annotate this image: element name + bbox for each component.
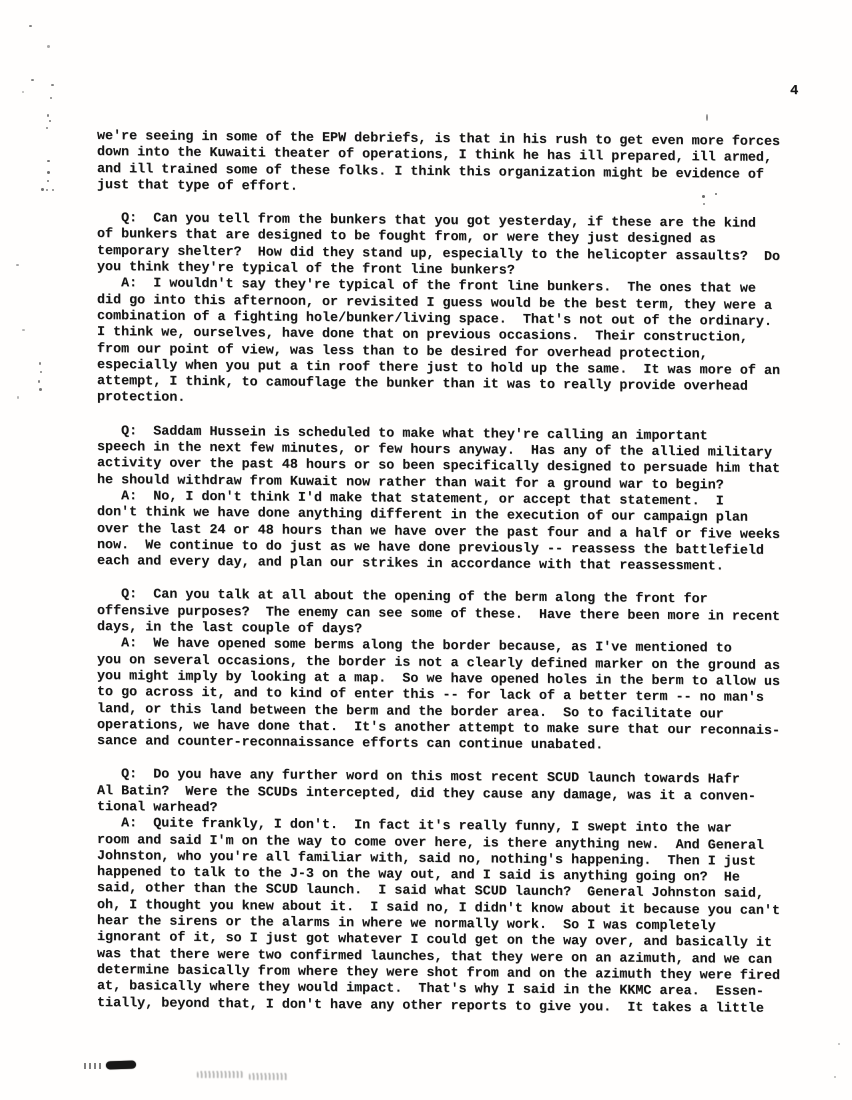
scan-speck	[39, 362, 41, 365]
scan-speck	[22, 329, 25, 331]
scan-speck	[47, 160, 50, 162]
scan-speck	[706, 114, 708, 121]
scan-speck	[46, 189, 48, 191]
faint-handwriting-mark	[249, 1073, 289, 1080]
scan-speck	[702, 195, 705, 198]
scan-speck	[51, 84, 54, 86]
scan-speck	[29, 25, 32, 27]
answer-paragraph-3: A: We have opened some berms along the b…	[97, 636, 822, 756]
scan-speck	[703, 203, 705, 205]
scan-speck	[38, 380, 40, 383]
scan-speck	[46, 127, 48, 129]
scan-speck	[838, 1043, 840, 1045]
document-page: 4 we're seeing in some of the EPW debrie…	[0, 0, 852, 1100]
scan-speck	[52, 189, 54, 191]
qa-group-bunkers: Q: Can you tell from the bunkers that yo…	[97, 211, 822, 413]
document-body: we're seeing in some of the EPW debriefs…	[97, 129, 822, 1035]
page-number: 4	[790, 83, 798, 99]
scan-speck	[22, 91, 24, 93]
question-paragraph-4: Q: Do you have any further word on this …	[97, 767, 822, 822]
answer-paragraph-2: A: No, I don't think I'd make that state…	[97, 489, 822, 577]
answer-paragraph-1: A: I wouldn't say they're typical of the…	[97, 276, 822, 413]
scan-smudge-small	[84, 1063, 104, 1069]
scan-speck	[31, 79, 34, 81]
question-paragraph-3: Q: Can you talk at all about the opening…	[97, 587, 822, 642]
scan-speck	[17, 396, 19, 399]
qa-group-berm: Q: Can you talk at all about the opening…	[97, 587, 822, 756]
scan-speck	[49, 120, 51, 122]
scan-speck	[50, 97, 52, 99]
qa-group-saddam-speech: Q: Saddam Hussein is scheduled to make w…	[97, 424, 822, 577]
qa-group-scud: Q: Do you have any further word on this …	[97, 767, 822, 1018]
scan-speck	[47, 180, 49, 182]
question-paragraph-2: Q: Saddam Hussein is scheduled to make w…	[97, 424, 822, 496]
scan-speck	[715, 193, 717, 195]
scan-speck	[16, 264, 19, 266]
scan-speck	[47, 114, 49, 117]
answer-paragraph-4: A: Quite frankly, I don't. In fact it's …	[97, 816, 822, 1018]
scan-speck	[41, 188, 44, 191]
scan-speck	[47, 45, 50, 48]
continuation-paragraph: we're seeing in some of the EPW debriefs…	[97, 129, 822, 201]
scan-speck	[39, 388, 42, 391]
scan-speck	[47, 171, 50, 174]
faint-handwriting-mark	[197, 1071, 243, 1078]
scan-speck	[40, 371, 42, 373]
ink-blob-redaction-mark	[106, 1060, 136, 1069]
scan-speck	[834, 1076, 836, 1078]
question-paragraph-1: Q: Can you tell from the bunkers that yo…	[97, 211, 822, 283]
